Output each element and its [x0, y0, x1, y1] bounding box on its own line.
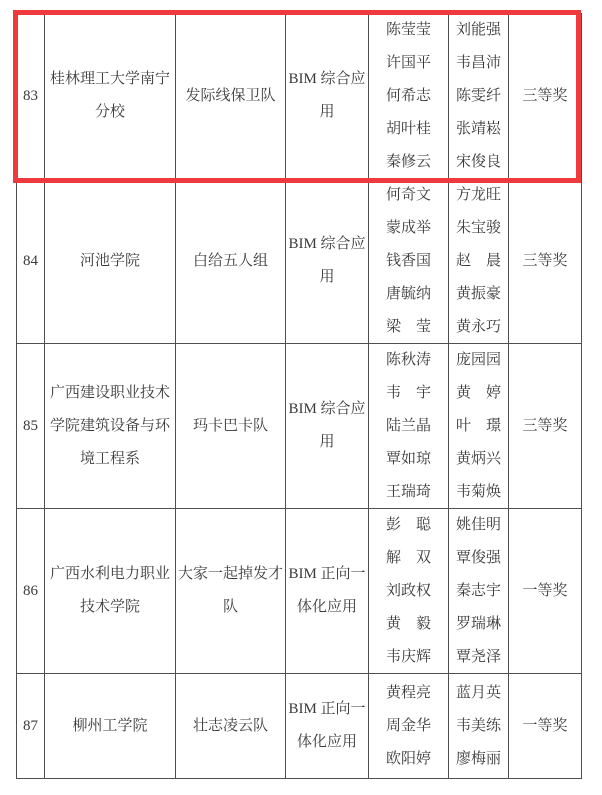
award-level: 三等奖 [509, 80, 581, 113]
table-row: 85 广西建设职业技术学院建筑设备与环境工程系 玛卡巴卡队 BIM 综合应用 陈… [17, 344, 581, 509]
award-level: 一等奖 [509, 710, 581, 743]
member-name: 欧阳婷 [369, 743, 448, 776]
school-cell: 桂林理工大学南宁分校 [45, 14, 176, 179]
team-cell: 壮志凌云队 [176, 674, 286, 778]
member-name: 赵 晨 [449, 245, 508, 278]
competition-category: BIM 综合应用 [287, 63, 367, 129]
team-cell: 大家一起掉发才队 [176, 509, 286, 674]
award-cell: 三等奖 [509, 344, 581, 509]
category-cell: BIM 综合应用 [286, 344, 369, 509]
competition-category: BIM 正向一体化应用 [287, 558, 367, 624]
member-name: 方龙旺 [449, 179, 508, 212]
member-name: 宋俊良 [449, 146, 508, 179]
team-cell: 白给五人组 [176, 179, 286, 344]
school-cell: 广西水利电力职业技术学院 [45, 509, 176, 674]
school-name: 河池学院 [49, 245, 171, 278]
members-column-b: 姚佳明覃俊强秦志宇罗瑞琳覃尧泽 [449, 509, 509, 674]
member-name: 张靖崧 [449, 113, 508, 146]
table-row: 83 桂林理工大学南宁分校 发际线保卫队 BIM 综合应用 陈莹莹许国平何希志胡… [17, 14, 581, 179]
member-name: 姚佳明 [449, 509, 508, 542]
member-name: 周金华 [369, 710, 448, 743]
member-name: 覃尧泽 [449, 641, 508, 674]
member-name: 黄 婷 [449, 377, 508, 410]
competition-category: BIM 综合应用 [287, 228, 367, 294]
member-name: 陆兰晶 [369, 410, 448, 443]
member-name: 何奇文 [369, 179, 448, 212]
school-name: 柳州工学院 [49, 710, 171, 743]
member-name: 庞园园 [449, 344, 508, 377]
school-name: 桂林理工大学南宁分校 [49, 63, 171, 129]
member-name: 秦修云 [369, 146, 448, 179]
results-table: 83 桂林理工大学南宁分校 发际线保卫队 BIM 综合应用 陈莹莹许国平何希志胡… [16, 13, 582, 779]
award-level: 一等奖 [509, 575, 581, 608]
row-number-cell: 87 [17, 674, 45, 778]
member-name: 陈雯纤 [449, 80, 508, 113]
team-cell: 发际线保卫队 [176, 14, 286, 179]
member-name: 唐毓纳 [369, 278, 448, 311]
member-name: 廖梅丽 [449, 743, 508, 776]
member-name: 梁 莹 [369, 311, 448, 344]
member-name: 韦昌沛 [449, 47, 508, 80]
member-name: 许国平 [369, 47, 448, 80]
members-column-b: 庞园园黄 婷叶 璟黄炳兴韦菊焕 [449, 344, 509, 509]
award-cell: 三等奖 [509, 179, 581, 344]
school-cell: 柳州工学院 [45, 674, 176, 778]
member-name: 黄振豪 [449, 278, 508, 311]
member-name: 陈莹莹 [369, 14, 448, 47]
members-column-a: 陈秋涛韦 宇陆兰晶覃如琼王瑞琦 [369, 344, 449, 509]
member-name: 陈秋涛 [369, 344, 448, 377]
member-name: 覃如琼 [369, 443, 448, 476]
members-column-b: 刘能强韦昌沛陈雯纤张靖崧宋俊良 [449, 14, 509, 179]
member-name: 黄 毅 [369, 608, 448, 641]
category-cell: BIM 综合应用 [286, 179, 369, 344]
member-name: 罗瑞琳 [449, 608, 508, 641]
member-name: 韦美练 [449, 710, 508, 743]
team-name: 玛卡巴卡队 [178, 410, 283, 443]
member-name: 解 双 [369, 542, 448, 575]
member-name: 蒙成举 [369, 212, 448, 245]
school-name: 广西建设职业技术学院建筑设备与环境工程系 [49, 377, 171, 476]
team-cell: 玛卡巴卡队 [176, 344, 286, 509]
team-name: 发际线保卫队 [178, 80, 283, 113]
member-name: 黄炳兴 [449, 443, 508, 476]
member-name: 胡叶桂 [369, 113, 448, 146]
member-name: 韦 宇 [369, 377, 448, 410]
members-column-a: 黄程亮周金华欧阳婷 [369, 674, 449, 778]
table-row: 87 柳州工学院 壮志凌云队 BIM 正向一体化应用 黄程亮周金华欧阳婷 蓝月英… [17, 674, 581, 778]
category-cell: BIM 正向一体化应用 [286, 509, 369, 674]
competition-category: BIM 综合应用 [287, 393, 367, 459]
school-cell: 河池学院 [45, 179, 176, 344]
member-name: 覃俊强 [449, 542, 508, 575]
table-row: 84 河池学院 白给五人组 BIM 综合应用 何奇文蒙成举钱香国唐毓纳梁 莹 方… [17, 179, 581, 344]
member-name: 秦志宇 [449, 575, 508, 608]
award-level: 三等奖 [509, 245, 581, 278]
row-number: 86 [17, 575, 44, 608]
member-name: 蓝月英 [449, 677, 508, 710]
row-number-cell: 84 [17, 179, 45, 344]
row-number: 87 [17, 710, 44, 743]
member-name: 钱香国 [369, 245, 448, 278]
member-name: 彭 聪 [369, 509, 448, 542]
member-name: 王瑞琦 [369, 476, 448, 509]
school-cell: 广西建设职业技术学院建筑设备与环境工程系 [45, 344, 176, 509]
row-number-cell: 83 [17, 14, 45, 179]
award-level: 三等奖 [509, 410, 581, 443]
member-name: 朱宝骏 [449, 212, 508, 245]
team-name: 白给五人组 [178, 245, 283, 278]
school-name: 广西水利电力职业技术学院 [49, 558, 171, 624]
category-cell: BIM 综合应用 [286, 14, 369, 179]
member-name: 何希志 [369, 80, 448, 113]
member-name: 韦菊焕 [449, 476, 508, 509]
member-name: 黄程亮 [369, 677, 448, 710]
category-cell: BIM 正向一体化应用 [286, 674, 369, 778]
award-cell: 一等奖 [509, 674, 581, 778]
members-column-b: 蓝月英韦美练廖梅丽 [449, 674, 509, 778]
team-name: 大家一起掉发才队 [178, 558, 283, 624]
member-name: 刘政权 [369, 575, 448, 608]
row-number-cell: 86 [17, 509, 45, 674]
members-column-b: 方龙旺朱宝骏赵 晨黄振豪黄永巧 [449, 179, 509, 344]
row-number: 85 [17, 410, 44, 443]
competition-category: BIM 正向一体化应用 [287, 693, 367, 759]
member-name: 叶 璟 [449, 410, 508, 443]
members-column-a: 陈莹莹许国平何希志胡叶桂秦修云 [369, 14, 449, 179]
award-cell: 一等奖 [509, 509, 581, 674]
row-number: 84 [17, 245, 44, 278]
row-number-cell: 85 [17, 344, 45, 509]
member-name: 黄永巧 [449, 311, 508, 344]
table-row: 86 广西水利电力职业技术学院 大家一起掉发才队 BIM 正向一体化应用 彭 聪… [17, 509, 581, 674]
members-column-a: 彭 聪解 双刘政权黄 毅韦庆辉 [369, 509, 449, 674]
member-name: 刘能强 [449, 14, 508, 47]
award-cell: 三等奖 [509, 14, 581, 179]
member-name: 韦庆辉 [369, 641, 448, 674]
team-name: 壮志凌云队 [178, 710, 283, 743]
members-column-a: 何奇文蒙成举钱香国唐毓纳梁 莹 [369, 179, 449, 344]
row-number: 83 [17, 80, 44, 113]
